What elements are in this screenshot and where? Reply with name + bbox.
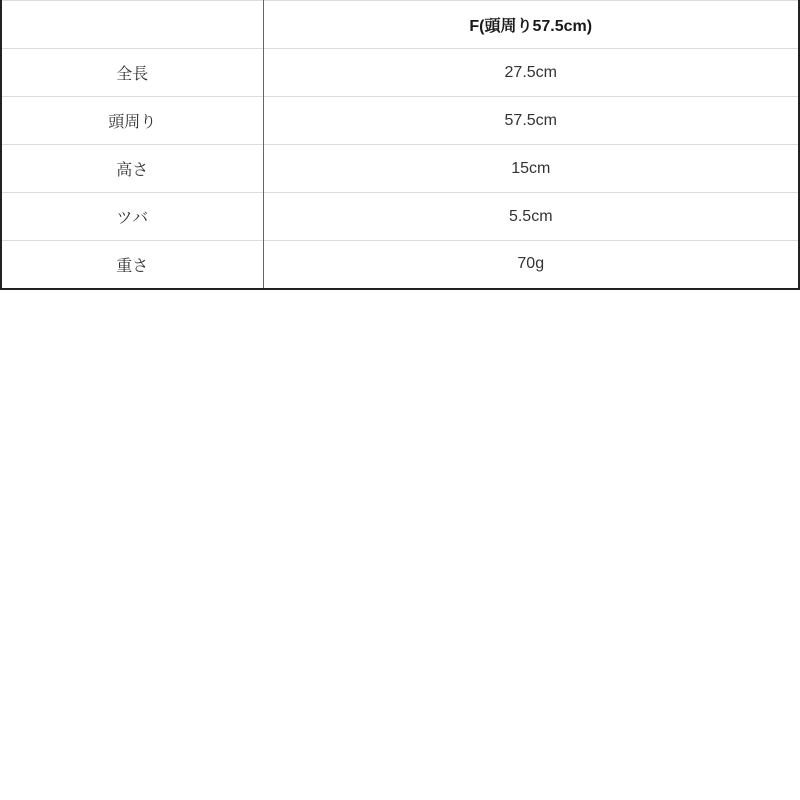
header-size-cell: F(頭周り57.5cm): [263, 1, 799, 49]
size-spec-table: F(頭周り57.5cm) 全長 27.5cm 頭周り 57.5cm 高さ 15c…: [0, 0, 800, 290]
row-value-weight: 70g: [263, 241, 799, 289]
table-row: ツバ 5.5cm: [1, 193, 799, 241]
row-value-brim: 5.5cm: [263, 193, 799, 241]
row-value-head-circumference: 57.5cm: [263, 97, 799, 145]
row-label-weight: 重さ: [1, 241, 263, 289]
header-corner-cell: [1, 1, 263, 49]
row-label-brim: ツバ: [1, 193, 263, 241]
table-row: 頭周り 57.5cm: [1, 97, 799, 145]
page: F(頭周り57.5cm) 全長 27.5cm 頭周り 57.5cm 高さ 15c…: [0, 0, 800, 800]
table-row: 重さ 70g: [1, 241, 799, 289]
table-header-row: F(頭周り57.5cm): [1, 1, 799, 49]
row-label-head-circumference: 頭周り: [1, 97, 263, 145]
table-row: 全長 27.5cm: [1, 49, 799, 97]
row-label-total-length: 全長: [1, 49, 263, 97]
table-row: 高さ 15cm: [1, 145, 799, 193]
row-value-height: 15cm: [263, 145, 799, 193]
row-label-height: 高さ: [1, 145, 263, 193]
row-value-total-length: 27.5cm: [263, 49, 799, 97]
